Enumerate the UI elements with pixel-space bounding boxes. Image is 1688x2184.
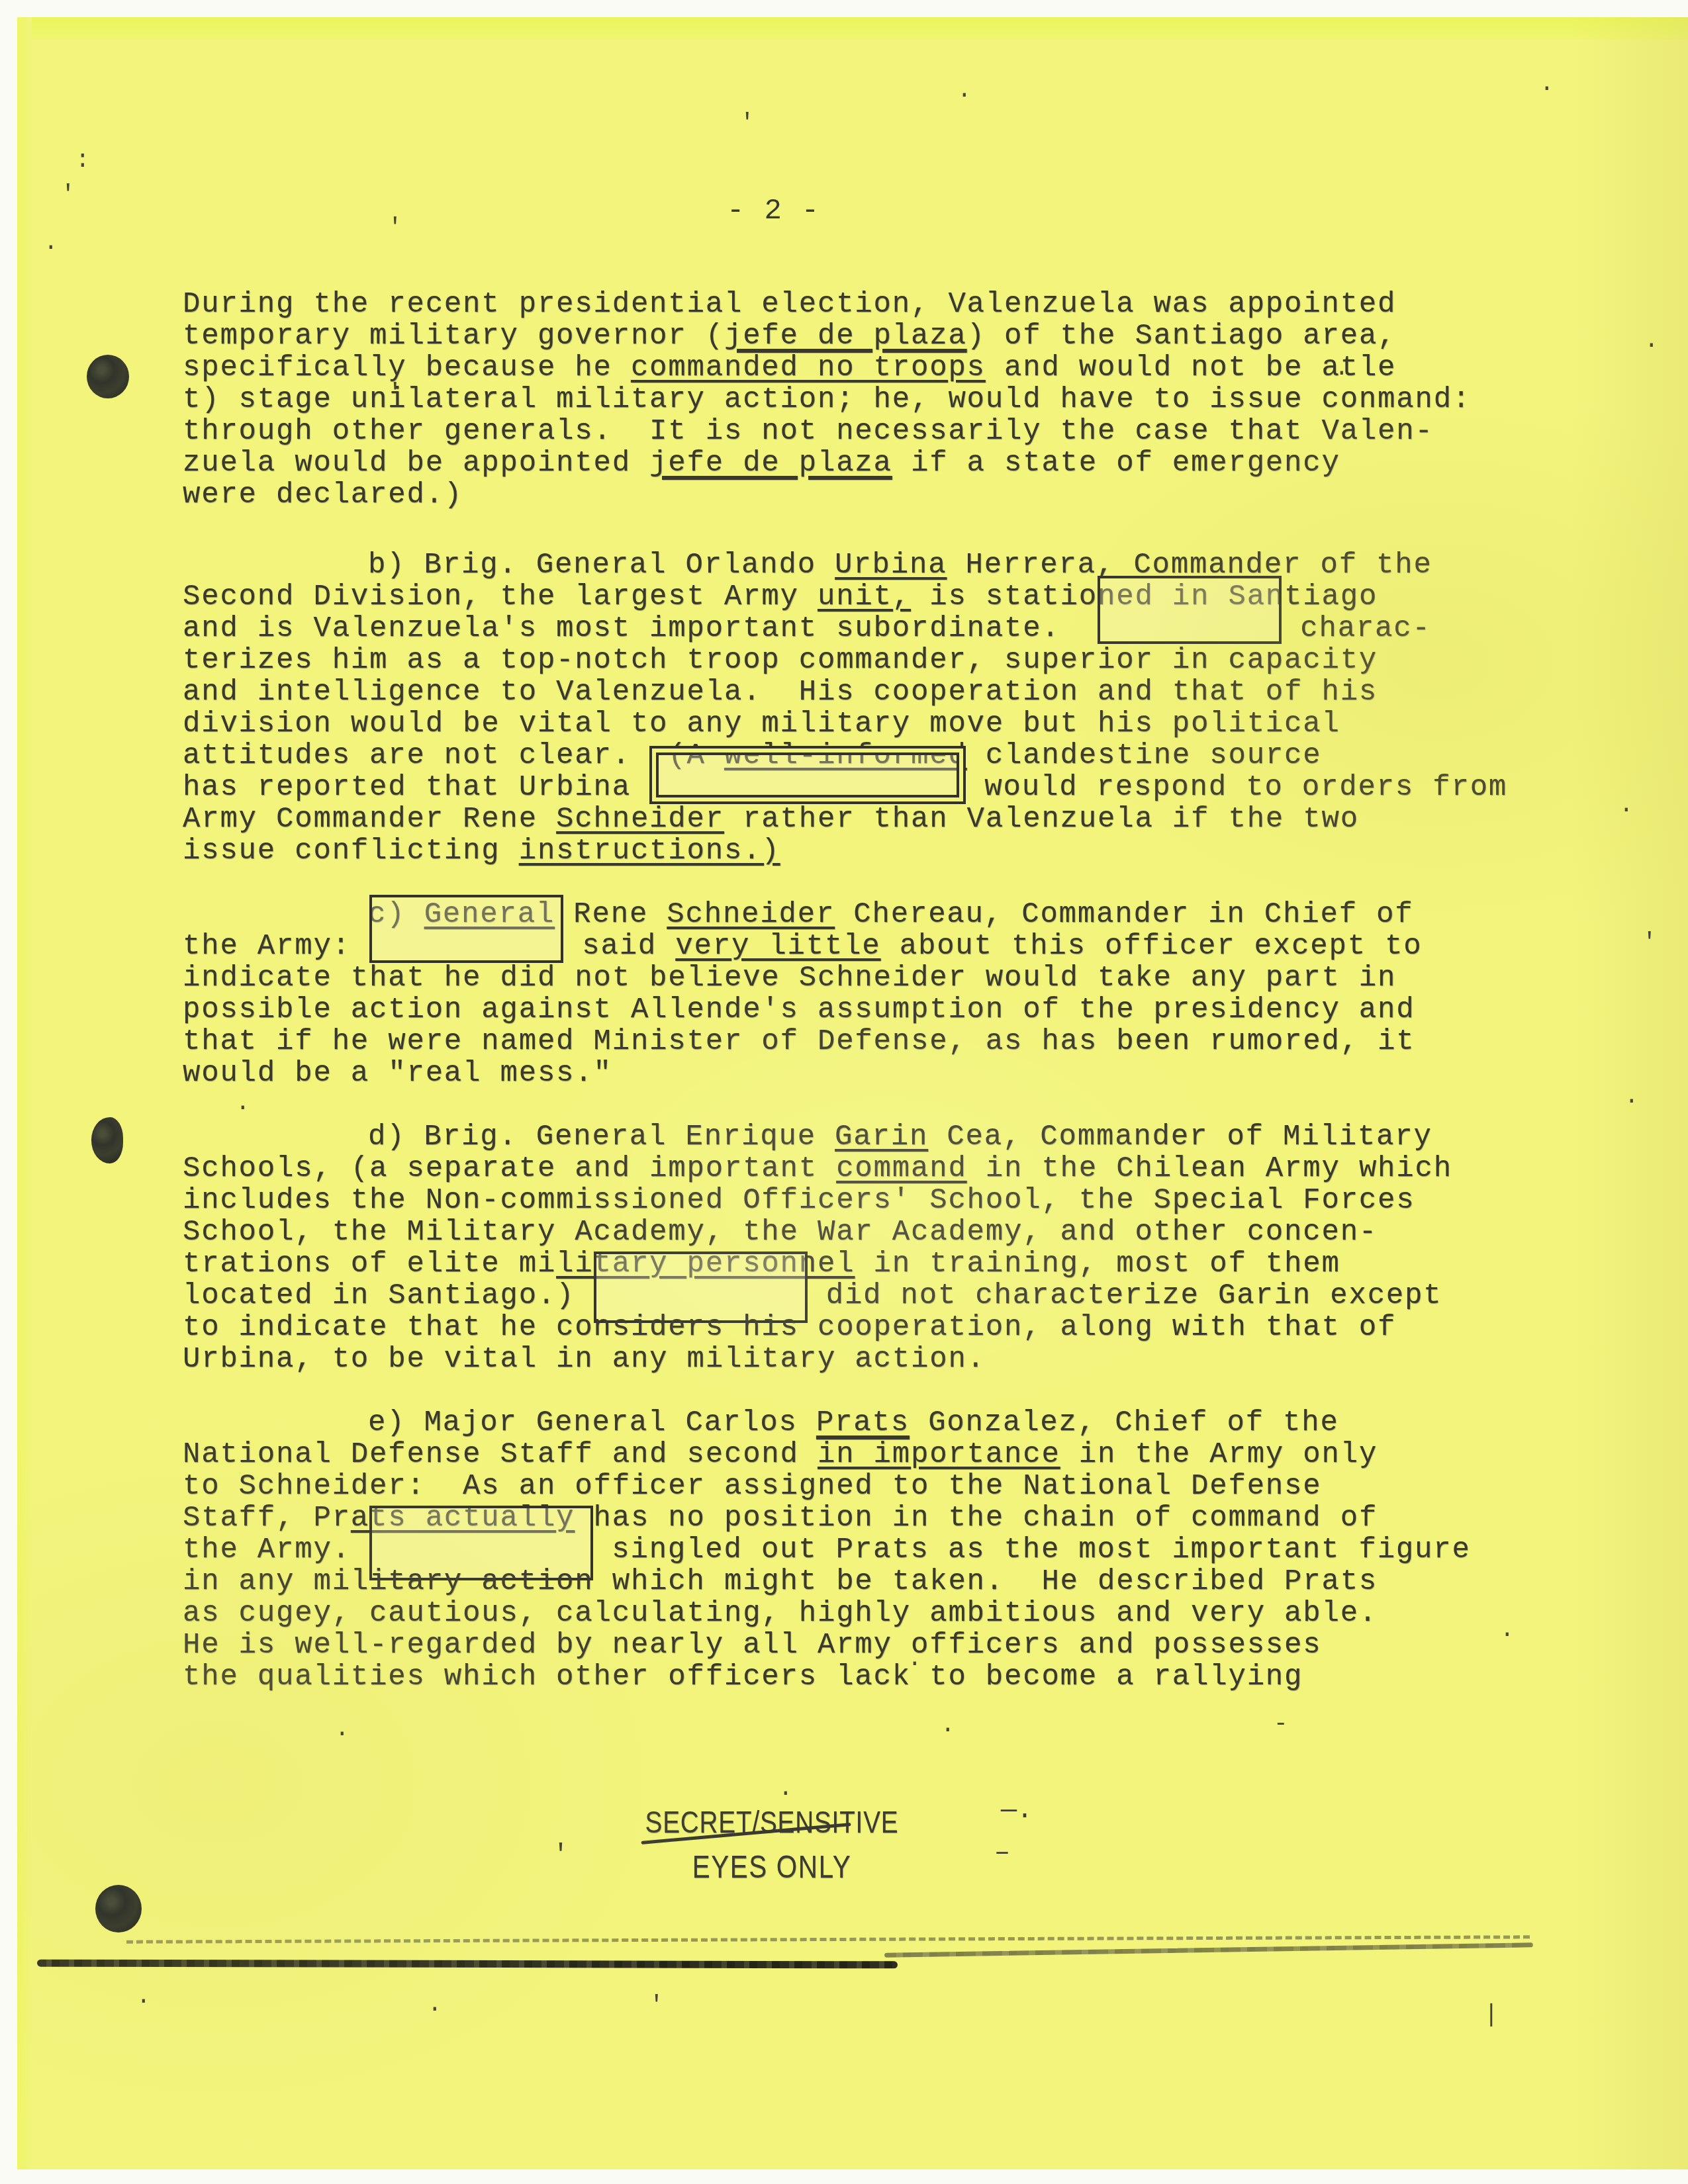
text-line: zuela would be appointed jefe de plaza i… — [183, 447, 1500, 479]
text-run: issue conflicting — [183, 835, 519, 868]
text-line: located in Santiago.) did not characteri… — [183, 1280, 1500, 1312]
text-run: During the recent presidential election,… — [183, 288, 1396, 321]
text-run: School, the Military Academy, the War Ac… — [183, 1216, 1378, 1249]
text-line: division would be vital to any military … — [183, 708, 1500, 740]
text-run: specifically because he — [183, 351, 631, 385]
ink-speck: · — [1335, 360, 1349, 387]
text-run: clandestine source — [967, 739, 1322, 772]
text-run: terizes him as a top-notch troop command… — [183, 644, 1378, 677]
text-line: National Defense Staff and second in imp… — [183, 1439, 1500, 1471]
text-line: Second Division, the largest Army unit, … — [183, 581, 1500, 613]
underlined-text: commanded no troops — [631, 351, 986, 385]
text-line: Schools, (a separate and important comma… — [183, 1153, 1500, 1185]
text-line: through other generals. It is not necess… — [183, 416, 1500, 447]
underlined-text: Urbina — [835, 549, 947, 582]
text-run: Chereau, Commander in Chief of — [835, 898, 1413, 931]
text-run: ) of the Santiago area, — [967, 320, 1397, 353]
text-line: that if he were named Minister of Defens… — [183, 1026, 1500, 1058]
text-run: the Army: — [183, 930, 369, 963]
ink-speck: - — [1274, 1710, 1288, 1737]
ink-speck: · — [136, 1988, 151, 2015]
underlined-text: Garin — [835, 1120, 928, 1154]
text-run: has reported that Urbina — [183, 771, 649, 804]
text-line: in any military action which might be ta… — [183, 1566, 1500, 1598]
text-line: During the recent presidential election,… — [183, 289, 1500, 320]
underlined-text: very little — [675, 930, 880, 963]
underlined-text: Schneider — [556, 803, 724, 836]
ink-speck: · — [335, 1721, 350, 1748]
ink-speck: ' — [649, 1992, 664, 2019]
text-run: b) Brig. General Orlando — [368, 549, 835, 582]
ink-speck: · — [236, 1095, 250, 1122]
text-line: trations of elite military personnel in … — [183, 1248, 1500, 1280]
classification-stamp: SECRET/SENSITIVE EYES ONLY — [616, 1804, 927, 1886]
page-number: - 2 - — [727, 195, 820, 228]
text-run: Second Division, the largest Army — [183, 580, 818, 614]
paragraph-e: e) Major General Carlos Prats Gonzalez, … — [183, 1407, 1500, 1693]
underlined-text: Prats — [816, 1406, 910, 1439]
ink-speck: ' — [740, 110, 755, 137]
text-run: located in Santiago.) — [183, 1279, 594, 1312]
text-run: to indicate that he considers his cooper… — [183, 1311, 1396, 1344]
text-line: b) Brig. General Orlando Urbina Herrera,… — [183, 549, 1500, 581]
ink-speck: · — [957, 82, 972, 109]
text-line: would be a "real mess." — [183, 1058, 1500, 1089]
redaction-box — [649, 746, 966, 804]
scanned-document: - 2 - During the recent presidential ele… — [0, 0, 1688, 2184]
text-line: d) Brig. General Enrique Garin Cea, Comm… — [183, 1121, 1500, 1153]
text-run: Cea, Commander of Military — [928, 1120, 1432, 1154]
text-line: the qualities which other officers lack … — [183, 1661, 1500, 1693]
text-line: issue conflicting instructions.) — [183, 835, 1500, 867]
text-run: Schools, (a separate and important — [183, 1152, 836, 1185]
text-line: includes the Non-commissioned Officers' … — [183, 1185, 1500, 1216]
ink-speck: · — [908, 1651, 922, 1678]
scratch-line-heavy — [37, 1960, 898, 1969]
eyes-only-line: EYES ONLY — [641, 1849, 903, 1886]
text-run: would be a "real mess." — [183, 1057, 612, 1090]
text-run: indicate that he did not believe Schneid… — [183, 962, 1396, 995]
paragraph-d: d) Brig. General Enrique Garin Cea, Comm… — [183, 1121, 1500, 1375]
underlined-text: unit, — [818, 580, 911, 614]
ink-speck: ' — [61, 181, 75, 208]
text-run: charac- — [1282, 612, 1431, 645]
text-run: if a state of emergency — [892, 447, 1340, 480]
text-line: to Schneider: As an officer assigned to … — [183, 1471, 1500, 1502]
ink-speck: · — [428, 1996, 442, 2023]
text-run: were declared.) — [183, 478, 463, 512]
underlined-text: jefe de plaza — [724, 320, 967, 353]
text-run: attitudes are not clear. (A — [183, 739, 724, 772]
text-run: t) stage unilateral military action; he,… — [183, 383, 1471, 416]
text-run: that if he were named Minister of Defens… — [183, 1025, 1415, 1058]
redaction-box — [369, 895, 563, 963]
text-line: He is well-regarded by nearly all Army o… — [183, 1629, 1500, 1661]
text-run: includes the Non-commissioned Officers' … — [183, 1184, 1415, 1217]
text-line: terizes him as a top-notch troop command… — [183, 645, 1500, 676]
text-run: trations of elite mi — [183, 1248, 556, 1281]
text-run: Army Commander Rene — [183, 803, 556, 836]
ink-speck: · — [44, 234, 58, 261]
ink-speck: · — [1619, 797, 1634, 824]
footer-left-mark: ' — [553, 1841, 569, 1871]
paragraph-c: c) General Rene Schneider Chereau, Comma… — [183, 899, 1500, 1089]
ink-speck: | — [1484, 2001, 1499, 2028]
scratch-line-light — [884, 1942, 1533, 1957]
text-run: Urbina, to be vital in any military acti… — [183, 1343, 986, 1376]
hole-punch-mark — [91, 1117, 123, 1163]
text-run: National Defense Staff and second — [183, 1438, 818, 1471]
text-line: School, the Military Academy, the War Ac… — [183, 1216, 1500, 1248]
text-run: in the Army only — [1060, 1438, 1378, 1471]
text-run: the Army. — [183, 1533, 369, 1567]
text-run: the qualities which other officers lack … — [183, 1661, 1303, 1694]
footer-dash-upper: —. — [1001, 1796, 1033, 1826]
text-line: as cugey, cautious, calculating, highly … — [183, 1598, 1500, 1629]
text-line: Army Commander Rene Schneider rather tha… — [183, 803, 1500, 835]
text-run: in the Chilean Army which — [967, 1152, 1452, 1185]
text-line: e) Major General Carlos Prats Gonzalez, … — [183, 1407, 1500, 1439]
text-run: said — [563, 930, 675, 963]
text-run: has no position in the chain of command … — [575, 1502, 1378, 1535]
footer-dash-lower: – — [994, 1839, 1010, 1868]
text-line: Urbina, to be vital in any military acti… — [183, 1343, 1500, 1375]
text-line: and intelligence to Valenzuela. His coop… — [183, 676, 1500, 708]
scan-edge-band-left — [17, 17, 32, 2169]
paper-sheet: - 2 - During the recent presidential ele… — [17, 17, 1688, 2169]
text-run: He is well-regarded by nearly all Army o… — [183, 1629, 1321, 1662]
underlined-text: jefe de plaza — [649, 447, 892, 480]
text-run: d) Brig. General Enrique — [368, 1120, 835, 1154]
text-line: temporary military governor (jefe de pla… — [183, 320, 1500, 352]
text-run: Staff, Pr — [183, 1502, 351, 1535]
ink-speck: ' — [388, 214, 402, 242]
text-line: indicate that he did not believe Schneid… — [183, 962, 1500, 994]
text-line: possible action against Allende's assump… — [183, 994, 1500, 1026]
text-line: to indicate that he considers his cooper… — [183, 1312, 1500, 1343]
scan-edge-band-top — [17, 17, 1688, 40]
text-run: temporary military governor ( — [183, 320, 724, 353]
text-run: about this officer except to — [881, 930, 1423, 963]
text-run: possible action against Allende's assump… — [183, 993, 1415, 1026]
underlined-text: command — [836, 1152, 966, 1185]
hole-punch-mark — [95, 1885, 142, 1933]
ink-speck: · — [941, 1717, 955, 1744]
underlined-text: in importance — [818, 1438, 1060, 1471]
ink-speck: ' — [388, 380, 402, 407]
text-run: would respond to orders from — [966, 771, 1507, 804]
classification-line: SECRET/SENSITIVE — [641, 1804, 903, 1840]
ink-speck: · — [1624, 1088, 1639, 1115]
text-line: and is Valenzuela's most important subor… — [183, 613, 1500, 645]
text-run: division would be vital to any military … — [183, 707, 1340, 741]
text-line: were declared.) — [183, 479, 1500, 511]
text-run: singled out Prats as the most important … — [593, 1533, 1471, 1567]
text-run: in any military action which might be ta… — [183, 1565, 1378, 1598]
underlined-text: Schneider — [667, 898, 835, 931]
hole-punch-mark — [87, 355, 129, 398]
text-run: did not characterize Garin except — [808, 1279, 1442, 1312]
text-run: Rene — [555, 898, 667, 931]
redaction-box — [1098, 576, 1282, 644]
text-run: through other generals. It is not necess… — [183, 415, 1434, 448]
text-run: zuela would be appointed — [183, 447, 649, 480]
text-run: and is Valenzuela's most important subor… — [183, 612, 1098, 645]
ink-speck: · — [1500, 1621, 1515, 1649]
text-line: t) stage unilateral military action; he,… — [183, 384, 1500, 416]
text-run: in training, most of them — [855, 1248, 1340, 1281]
ink-speck: · — [778, 1780, 793, 1807]
text-run: as cugey, cautious, calculating, highly … — [183, 1597, 1378, 1630]
paragraph-b: b) Brig. General Orlando Urbina Herrera,… — [183, 549, 1500, 867]
ink-speck: · — [1644, 332, 1659, 359]
text-line: specifically because he commanded no tro… — [183, 352, 1500, 384]
text-run: e) Major General Carlos — [368, 1406, 816, 1439]
text-run: rather than Valenzuela if the two — [724, 803, 1359, 836]
text-run: to Schneider: As an officer assigned to … — [183, 1470, 1321, 1503]
paragraph-intro: During the recent presidential election,… — [183, 289, 1500, 511]
ink-speck: · — [1540, 75, 1554, 103]
text-line: the Army: said very little about this of… — [183, 931, 1500, 962]
text-run: Gonzalez, Chief of the — [910, 1406, 1339, 1439]
text-line: has reported that Urbina would respond t… — [183, 772, 1500, 803]
text-line: the Army. singled out Prats as the most … — [183, 1534, 1500, 1566]
ink-speck: : — [75, 147, 90, 174]
ink-speck: ' — [1642, 929, 1657, 956]
text-run: and intelligence to Valenzuela. His coop… — [183, 676, 1378, 709]
pen-dash-row — [126, 1935, 1530, 1943]
underlined-text: instructions.) — [519, 835, 780, 868]
